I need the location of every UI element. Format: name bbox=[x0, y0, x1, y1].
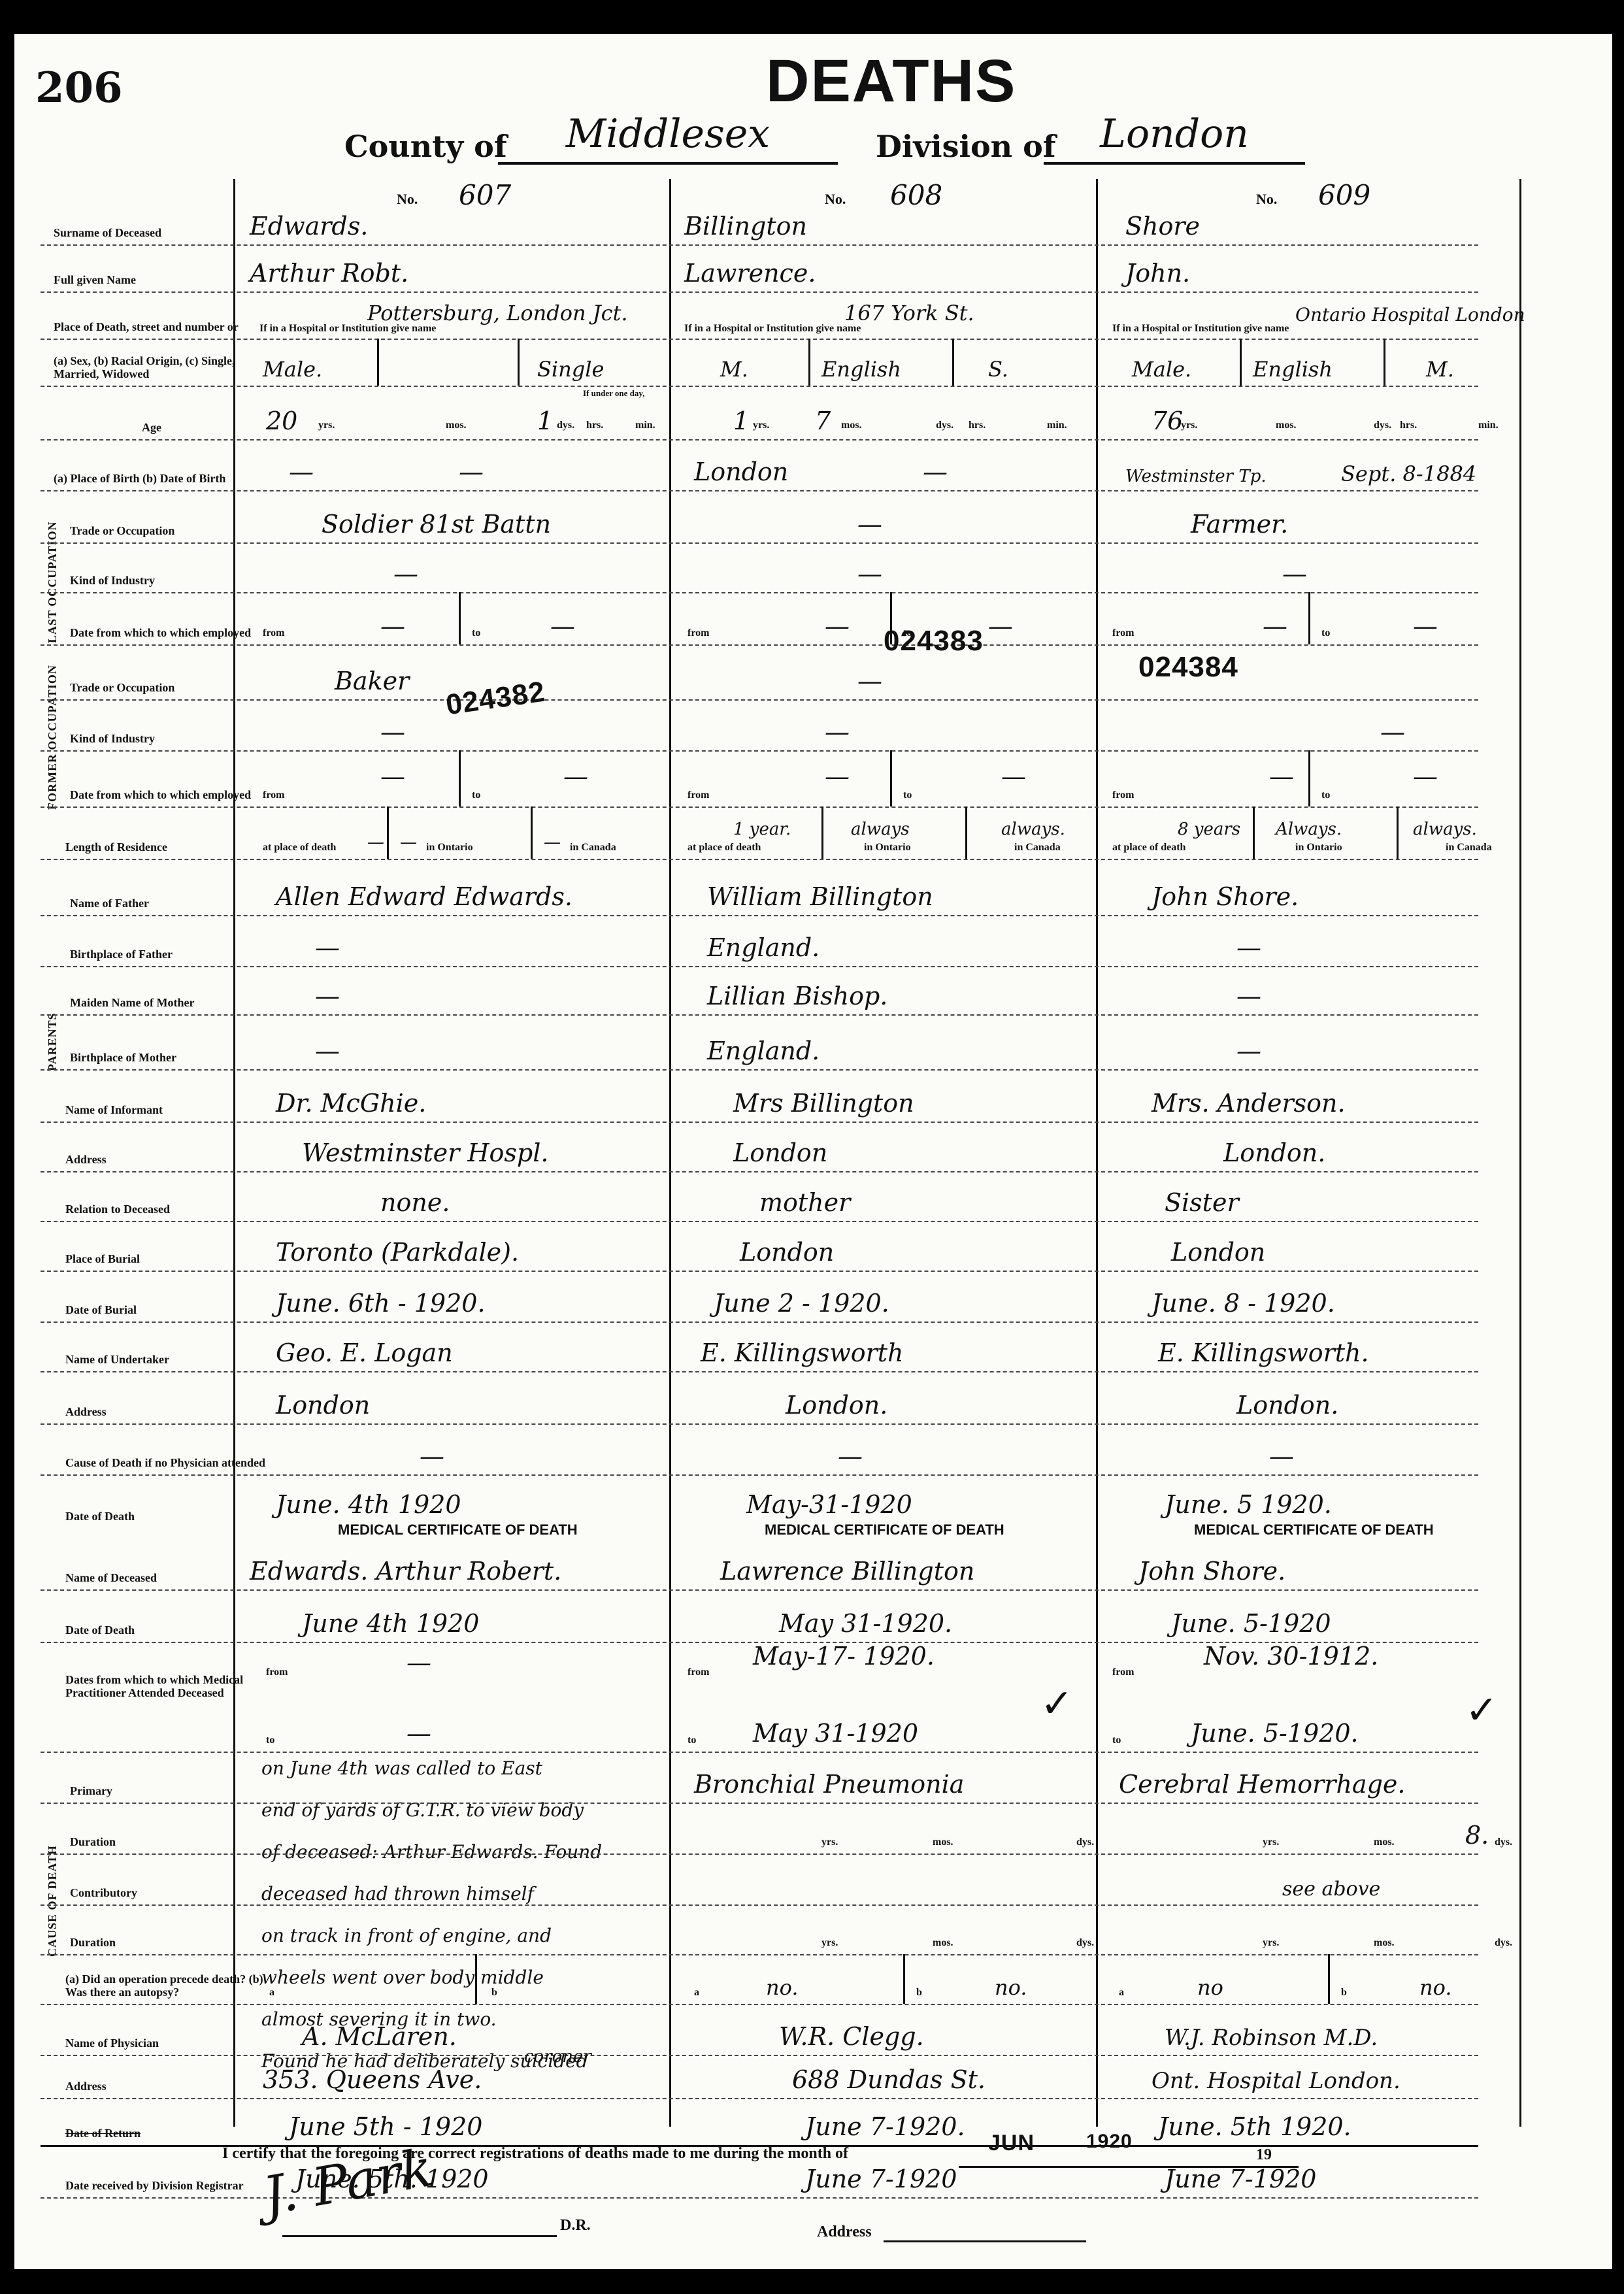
label-trade: Trade or Occupation bbox=[70, 524, 273, 537]
to-label: to bbox=[903, 790, 912, 801]
from-label: from bbox=[1112, 790, 1134, 801]
sex-607: Male. bbox=[263, 357, 322, 382]
checkmark-icon: ✓ bbox=[1465, 1687, 1498, 1733]
informant-address-607: Westminster Hospl. bbox=[302, 1139, 548, 1167]
unit-yrs: yrs. bbox=[318, 420, 335, 431]
physician-609: W.J. Robinson M.D. bbox=[1165, 2025, 1378, 2051]
division-label: Division of bbox=[876, 129, 1056, 164]
label-industry: Kind of Industry bbox=[70, 732, 273, 745]
row-cert-date: Date of Death June 4th 1920 May 31-1920.… bbox=[41, 1589, 1478, 1643]
cell-divider bbox=[518, 339, 520, 386]
physician-608: W.R. Clegg. bbox=[779, 2022, 924, 2051]
row-contributory: Contributory see above bbox=[41, 1853, 1478, 1906]
from-label: from bbox=[263, 790, 284, 801]
label-mother-maiden: Maiden Name of Mother bbox=[70, 996, 273, 1009]
option-a: a bbox=[1119, 1987, 1124, 1999]
cert-date-608: May 31-1920. bbox=[779, 1609, 952, 1638]
label-burial-date: Date of Burial bbox=[65, 1303, 268, 1316]
last-to-608: — bbox=[988, 612, 1013, 640]
last-industry-607: — bbox=[393, 559, 418, 588]
burial-place-608: London bbox=[740, 1238, 834, 1267]
row-contributory-duration: Duration yrs. mos. dys. yrs. mos. dys. bbox=[41, 1904, 1478, 1955]
label-industry: Kind of Industry bbox=[70, 574, 273, 587]
cell-divider bbox=[1308, 750, 1310, 806]
race-608: English bbox=[821, 357, 901, 382]
cell-divider bbox=[1384, 339, 1385, 386]
under-one-day-hint: If under one day, bbox=[583, 388, 644, 399]
unit-yrs: yrs. bbox=[821, 1837, 838, 1848]
row-mother-maiden: Maiden Name of Mother — Lillian Bishop. … bbox=[41, 966, 1478, 1016]
age-dys-607: 1 bbox=[537, 407, 553, 435]
age-yrs-607: 20 bbox=[266, 407, 297, 435]
age-mos-608: 7 bbox=[815, 407, 831, 435]
mother-birth-607: — bbox=[315, 1037, 340, 1065]
to-label: to bbox=[1321, 790, 1330, 801]
attended-from-608: May-17- 1920. bbox=[753, 1642, 935, 1671]
cell-divider bbox=[531, 806, 533, 859]
unit-min: min. bbox=[1047, 420, 1067, 431]
label-address: Address bbox=[65, 1153, 268, 1166]
former-trade-607: Baker bbox=[335, 667, 409, 695]
to-label: to bbox=[1112, 1735, 1121, 1746]
row-former-employed: Date from which to which employed from —… bbox=[41, 750, 1478, 808]
unit-mos: mos. bbox=[1276, 420, 1297, 431]
row-place-of-death: Place of Death, street and number or If … bbox=[41, 291, 1478, 340]
burial-place-607: Toronto (Parkdale). bbox=[276, 1238, 519, 1267]
attended-to-609: June. 5-1920. bbox=[1191, 1719, 1359, 1748]
undertaker-608: E. Killingsworth bbox=[701, 1338, 904, 1367]
medical-cert-heading: MEDICAL CERTIFICATE OF DEATH bbox=[765, 1521, 1004, 1538]
unit-hrs: hrs. bbox=[1400, 420, 1417, 431]
row-surname: Surname of Deceased Edwards. Billington … bbox=[41, 205, 1478, 246]
row-attended: Dates from which to which Medical Practi… bbox=[41, 1642, 1478, 1753]
in-canada-label: in Canada bbox=[1446, 842, 1492, 854]
cause-no-physician-607: — bbox=[420, 1442, 444, 1471]
row-primary: Primary Bronchial Pneumonia Cerebral Hem… bbox=[41, 1752, 1478, 1804]
operation-609: no bbox=[1197, 1975, 1223, 2000]
former-industry-609: — bbox=[1380, 718, 1405, 746]
status-608: S. bbox=[988, 357, 1008, 382]
father-607: Allen Edward Edwards. bbox=[276, 882, 572, 911]
return-date-607: June 5th - 1920 bbox=[289, 2112, 482, 2141]
unit-mos: mos. bbox=[1374, 1837, 1395, 1848]
former-from-607: — bbox=[380, 762, 405, 791]
row-undertaker: Name of Undertaker Geo. E. Logan E. Kill… bbox=[41, 1322, 1478, 1372]
unit-mos: mos. bbox=[933, 1937, 953, 1949]
label-operation: (a) Did an operation precede death? (b) … bbox=[65, 1972, 268, 1999]
last-trade-607: Soldier 81st Battn bbox=[322, 510, 551, 539]
from-label: from bbox=[688, 1667, 709, 1678]
physician-607: A. McLaren. bbox=[302, 2022, 457, 2051]
row-operation-autopsy: (a) Did an operation precede death? (b) … bbox=[41, 1954, 1478, 2005]
res-canada-607: — bbox=[544, 833, 561, 852]
signature-line bbox=[282, 2235, 557, 2237]
row-former-trade: Trade or Occupation Baker — bbox=[41, 644, 1478, 701]
given-name-608: Lawrence. bbox=[684, 259, 816, 288]
birth-date-607: — bbox=[459, 457, 484, 486]
year-stamp: 1920 bbox=[1086, 2131, 1133, 2153]
unit-mos: mos. bbox=[933, 1837, 953, 1848]
address-line bbox=[884, 2240, 1086, 2242]
label-burial-place: Place of Burial bbox=[65, 1252, 268, 1265]
row-return-date: Date of Return June 5th - 1920 June 7-19… bbox=[41, 2098, 1478, 2147]
label-name-deceased: Name of Deceased bbox=[65, 1571, 268, 1584]
cell-divider bbox=[1308, 592, 1310, 644]
address-label: Address bbox=[817, 2223, 872, 2241]
former-industry-607: — bbox=[380, 718, 405, 746]
unit-hrs: hrs. bbox=[586, 420, 603, 431]
unit-dys: dys. bbox=[1076, 1837, 1094, 1848]
label-given-name: Full given Name bbox=[54, 273, 256, 286]
row-informant-address: Address Westminster Hospl. London London… bbox=[41, 1122, 1478, 1172]
cause-no-physician-609: — bbox=[1269, 1442, 1294, 1471]
to-label: to bbox=[688, 1735, 696, 1746]
informant-608: Mrs Billington bbox=[733, 1089, 914, 1118]
last-to-609: — bbox=[1413, 612, 1438, 640]
informant-609: Mrs. Anderson. bbox=[1152, 1089, 1346, 1118]
father-birth-608: England. bbox=[707, 933, 820, 962]
hospital-hint: If in a Hospital or Institution give nam… bbox=[1112, 323, 1289, 335]
informant-address-609: London. bbox=[1223, 1139, 1325, 1167]
primary-duration-609: 8. bbox=[1465, 1821, 1489, 1850]
county-label: County of bbox=[344, 129, 507, 164]
option-a: a bbox=[269, 1987, 274, 1999]
unit-dys: dys. bbox=[1076, 1937, 1094, 1949]
age-yrs-609: 76 bbox=[1152, 407, 1183, 435]
label-age: Age bbox=[54, 421, 250, 434]
in-canada-label: in Canada bbox=[1014, 842, 1061, 854]
relation-609: Sister bbox=[1165, 1188, 1239, 1217]
res-canada-609: always. bbox=[1413, 820, 1477, 839]
cell-divider bbox=[1253, 806, 1255, 859]
date-of-death-607: June. 4th 1920 bbox=[276, 1490, 461, 1519]
last-trade-608: — bbox=[857, 510, 882, 539]
row-burial-date: Date of Burial June. 6th - 1920. June 2 … bbox=[41, 1271, 1478, 1323]
informant-607: Dr. McGhie. bbox=[276, 1089, 426, 1118]
mother-maiden-607: — bbox=[315, 982, 340, 1010]
unit-yrs: yrs. bbox=[1263, 1837, 1279, 1848]
death-register-page: 206 DEATHS County of Middlesex Division … bbox=[14, 34, 1612, 2269]
row-given-name: Full given Name Arthur Robt. Lawrence. J… bbox=[41, 244, 1478, 293]
contributory-609: see above bbox=[1282, 1878, 1380, 1901]
stamp-608: 024383 bbox=[884, 625, 984, 657]
date-of-death-608: May-31-1920 bbox=[746, 1490, 912, 1519]
unit-dys: dys. bbox=[1495, 1937, 1512, 1949]
place-of-death-609: Ontario Hospital London bbox=[1295, 304, 1525, 325]
label-birth: (a) Place of Birth (b) Date of Birth bbox=[54, 472, 256, 485]
mother-maiden-609: — bbox=[1236, 982, 1261, 1010]
attended-from-609: Nov. 30-1912. bbox=[1204, 1642, 1378, 1671]
given-name-607: Arthur Robt. bbox=[250, 259, 408, 288]
unit-dys: dys. bbox=[557, 420, 574, 431]
option-b: b bbox=[491, 1987, 497, 1999]
label-address: Address bbox=[65, 2080, 268, 2093]
undertaker-address-607: London bbox=[276, 1391, 370, 1420]
surname-608: Billington bbox=[684, 212, 807, 241]
label-father-birth: Birthplace of Father bbox=[70, 948, 273, 961]
primary-cause-608: Bronchial Pneumonia bbox=[694, 1770, 964, 1799]
stamp-609: 024384 bbox=[1138, 651, 1238, 684]
unit-yrs: yrs. bbox=[1263, 1937, 1279, 1949]
row-residence: Length of Residence at place of death — … bbox=[41, 806, 1478, 860]
unit-mos: mos. bbox=[1374, 1937, 1395, 1949]
birth-place-607: — bbox=[289, 457, 314, 486]
informant-address-608: London bbox=[733, 1139, 827, 1167]
cell-divider bbox=[808, 339, 810, 386]
race-609: English bbox=[1253, 357, 1333, 382]
label-duration: Duration bbox=[70, 1936, 273, 1949]
cert-name-607: Edwards. Arthur Robert. bbox=[250, 1557, 561, 1586]
former-industry-608: — bbox=[825, 718, 850, 746]
res-ontario-609: Always. bbox=[1276, 820, 1342, 839]
unit-yrs: yrs. bbox=[1181, 420, 1197, 431]
autopsy-608: no. bbox=[995, 1975, 1027, 2000]
unit-min: min. bbox=[635, 420, 655, 431]
operation-608: no. bbox=[766, 1975, 798, 2000]
last-from-608: — bbox=[825, 612, 850, 640]
attended-to-608: May 31-1920 bbox=[753, 1719, 918, 1748]
from-label: from bbox=[1112, 627, 1134, 639]
label-date-of-death: Date of Death bbox=[65, 1510, 268, 1523]
label-contributory: Contributory bbox=[70, 1886, 273, 1899]
cell-divider bbox=[387, 806, 389, 859]
res-ontario-607: — bbox=[400, 833, 417, 852]
label-primary: Primary bbox=[70, 1784, 273, 1797]
month-stamp: JUN bbox=[988, 2131, 1035, 2156]
father-birth-607: — bbox=[315, 933, 340, 962]
res-place-607: — bbox=[367, 833, 384, 852]
undertaker-address-608: London. bbox=[786, 1391, 887, 1420]
burial-date-609: June. 8 - 1920. bbox=[1152, 1289, 1335, 1318]
place-of-death-608: 167 York St. bbox=[844, 301, 974, 325]
month-line bbox=[959, 2166, 1299, 2168]
row-father: Name of Father Allen Edward Edwards. Wil… bbox=[41, 859, 1478, 916]
page-number: 206 bbox=[35, 63, 123, 112]
to-label: to bbox=[1321, 627, 1330, 639]
father-609: John Shore. bbox=[1152, 882, 1299, 911]
from-label: from bbox=[266, 1667, 288, 1678]
primary-cause-609: Cerebral Hemorrhage. bbox=[1119, 1770, 1405, 1799]
relation-607: none. bbox=[380, 1188, 450, 1217]
hospital-hint: If in a Hospital or Institution give nam… bbox=[684, 323, 861, 335]
mother-birth-609: — bbox=[1236, 1037, 1261, 1065]
cell-divider bbox=[821, 806, 823, 859]
to-label: to bbox=[472, 790, 480, 801]
cell-divider bbox=[459, 592, 461, 644]
cell-divider bbox=[952, 339, 954, 386]
in-ontario-label: in Ontario bbox=[864, 842, 911, 854]
option-a: a bbox=[694, 1987, 699, 1999]
cell-divider bbox=[1328, 1954, 1330, 2004]
former-to-609: — bbox=[1413, 762, 1438, 791]
former-trade-608: — bbox=[857, 667, 882, 695]
last-to-607: — bbox=[550, 612, 575, 640]
label-physician: Name of Physician bbox=[65, 2036, 268, 2050]
physician-address-608: 688 Dundas St. bbox=[792, 2065, 986, 2094]
undertaker-607: Geo. E. Logan bbox=[276, 1338, 453, 1367]
label-received: Date received by Division Registrar bbox=[65, 2179, 268, 2192]
row-last-trade: Trade or Occupation Soldier 81st Battn —… bbox=[41, 490, 1478, 544]
place-of-death-607: Pottersburg, London Jct. bbox=[367, 301, 628, 325]
row-physician: Name of Physician A. McLaren. coroner W.… bbox=[41, 2004, 1478, 2056]
in-ontario-label: in Ontario bbox=[426, 842, 473, 854]
at-place-label: at place of death bbox=[1112, 842, 1185, 854]
date-of-death-609: June. 5 1920. bbox=[1165, 1490, 1332, 1519]
attended-to-607: — bbox=[406, 1719, 431, 1748]
row-relation: Relation to Deceased none. mother Sister bbox=[41, 1171, 1478, 1222]
row-father-birth: Birthplace of Father — England. — bbox=[41, 915, 1478, 967]
cell-divider bbox=[890, 750, 892, 806]
page-title: DEATHS bbox=[766, 47, 1016, 116]
label-residence: Length of Residence bbox=[65, 840, 268, 854]
label-cause-no-physician: Cause of Death if no Physician attended bbox=[65, 1456, 268, 1469]
label-employed: Date from which to which employed bbox=[70, 788, 273, 801]
status-609: M. bbox=[1426, 357, 1454, 382]
undertaker-address-609: London. bbox=[1236, 1391, 1338, 1420]
cell-divider bbox=[377, 339, 379, 386]
former-from-608: — bbox=[825, 762, 850, 791]
cell-divider bbox=[1240, 339, 1242, 386]
cert-date-609: June. 5-1920 bbox=[1171, 1609, 1331, 1638]
burial-place-609: London bbox=[1171, 1238, 1265, 1267]
last-from-607: — bbox=[380, 612, 405, 640]
received-608: June 7-1920 bbox=[805, 2165, 957, 2193]
register-grid: No. 607 No. 608 No. 609 Surname of Decea… bbox=[41, 179, 1478, 2192]
last-industry-608: — bbox=[857, 559, 882, 588]
return-date-608: June 7-1920. bbox=[805, 2112, 965, 2141]
burial-date-608: June 2 - 1920. bbox=[714, 1289, 889, 1318]
last-from-609: — bbox=[1263, 612, 1287, 640]
label-father: Name of Father bbox=[70, 897, 273, 910]
year-suffix: 19 bbox=[1256, 2146, 1272, 2164]
label-return-date: Date of Return bbox=[65, 2127, 268, 2140]
cell-divider bbox=[903, 1954, 905, 2004]
unit-yrs: yrs. bbox=[821, 1937, 838, 1949]
former-from-609: — bbox=[1269, 762, 1294, 791]
unit-hrs: hrs. bbox=[969, 420, 986, 431]
at-place-label: at place of death bbox=[263, 842, 336, 854]
from-label: from bbox=[688, 790, 709, 801]
checkmark-icon: ✓ bbox=[1040, 1681, 1073, 1727]
cell-divider bbox=[965, 806, 967, 859]
label-mother-birth: Birthplace of Mother bbox=[70, 1051, 273, 1064]
row-last-employed: Date from which to which employed from —… bbox=[41, 592, 1478, 646]
row-birth: (a) Place of Birth (b) Date of Birth — —… bbox=[41, 439, 1478, 491]
cell-divider bbox=[459, 750, 461, 806]
label-informant: Name of Informant bbox=[65, 1103, 268, 1116]
surname-609: Shore bbox=[1125, 212, 1200, 241]
return-date-609: June. 5th 1920. bbox=[1158, 2112, 1351, 2141]
row-primary-duration: Duration yrs. mos. dys. yrs. mos. 8. dys… bbox=[41, 1803, 1478, 1855]
row-date-of-death: Date of Death June. 4th 1920 May-31-1920… bbox=[41, 1474, 1478, 1528]
last-trade-609: Farmer. bbox=[1191, 510, 1288, 539]
row-informant: Name of Informant Dr. McGhie. Mrs Billin… bbox=[41, 1069, 1478, 1123]
to-label: to bbox=[266, 1735, 274, 1746]
from-label: from bbox=[263, 627, 284, 639]
medical-cert-heading: MEDICAL CERTIFICATE OF DEATH bbox=[1194, 1521, 1434, 1538]
label-attended: Dates from which to which Medical Practi… bbox=[65, 1673, 268, 1699]
received-609: June 7-1920 bbox=[1165, 2165, 1316, 2193]
mother-maiden-608: Lillian Bishop. bbox=[707, 982, 887, 1010]
res-place-609: 8 years bbox=[1178, 820, 1240, 839]
autopsy-609: no. bbox=[1419, 1975, 1451, 2000]
surname-607: Edwards. bbox=[250, 212, 368, 241]
cert-name-609: John Shore. bbox=[1138, 1557, 1285, 1586]
label-date-of-death: Date of Death bbox=[65, 1623, 268, 1637]
cause-no-physician-608: — bbox=[838, 1442, 863, 1471]
from-label: from bbox=[688, 627, 709, 639]
sex-609: Male. bbox=[1132, 357, 1191, 382]
given-name-609: John. bbox=[1125, 259, 1190, 288]
label-place-of-death: Place of Death, street and number or bbox=[54, 320, 256, 333]
status-607: Single bbox=[537, 357, 604, 382]
label-trade: Trade or Occupation bbox=[70, 681, 273, 694]
unit-min: min. bbox=[1478, 420, 1499, 431]
unit-yrs: yrs. bbox=[753, 420, 769, 431]
at-place-label: at place of death bbox=[688, 842, 761, 854]
label-surname: Surname of Deceased bbox=[54, 226, 256, 239]
former-to-607: — bbox=[563, 762, 588, 791]
unit-mos: mos. bbox=[446, 420, 467, 431]
division-value: London bbox=[1044, 111, 1305, 165]
label-relation: Relation to Deceased bbox=[65, 1203, 268, 1216]
row-physician-address: Address 353. Queens Ave. 688 Dundas St. … bbox=[41, 2055, 1478, 2099]
res-place-608: 1 year. bbox=[733, 820, 791, 839]
label-duration: Duration bbox=[70, 1835, 273, 1848]
cell-divider bbox=[1397, 806, 1399, 859]
cert-name-608: Lawrence Billington bbox=[720, 1557, 974, 1586]
cert-date-607: June 4th 1920 bbox=[302, 1609, 479, 1638]
row-mother-birth: Birthplace of Mother — England. — bbox=[41, 1014, 1478, 1071]
unit-dys: dys. bbox=[936, 420, 953, 431]
option-b: b bbox=[916, 1987, 922, 1999]
burial-date-607: June. 6th - 1920. bbox=[276, 1289, 486, 1318]
row-age: Age 20 yrs. mos. 1 dys. If under one day… bbox=[41, 386, 1478, 441]
row-last-industry: Kind of Industry — — — bbox=[41, 542, 1478, 593]
unit-mos: mos. bbox=[841, 420, 862, 431]
birth-place-608: London bbox=[694, 457, 788, 486]
medical-cert-heading: MEDICAL CERTIFICATE OF DEATH bbox=[338, 1521, 578, 1538]
sex-608: M. bbox=[720, 357, 748, 382]
res-ontario-608: always bbox=[851, 820, 910, 839]
last-industry-609: — bbox=[1282, 559, 1307, 588]
relation-608: mother bbox=[759, 1188, 850, 1217]
row-former-industry: Kind of Industry — — — bbox=[41, 699, 1478, 752]
row-burial-place: Place of Burial Toronto (Parkdale). Lond… bbox=[41, 1221, 1478, 1272]
row-sex-race-status: (a) Sex, (b) Racial Origin, (c) Single, … bbox=[41, 339, 1478, 387]
column-divider bbox=[1519, 179, 1521, 2127]
unit-dys: dys. bbox=[1495, 1837, 1512, 1848]
father-608: William Billington bbox=[707, 882, 933, 911]
row-undertaker-address: Address London London. London. bbox=[41, 1371, 1478, 1425]
age-yrs-608: 1 bbox=[733, 407, 749, 435]
physician-address-607: 353. Queens Ave. bbox=[263, 2065, 482, 2094]
from-label: from bbox=[1112, 1667, 1134, 1678]
birth-date-609: Sept. 8-1884 bbox=[1341, 461, 1476, 486]
cell-divider bbox=[475, 1954, 477, 2004]
row-cert-name: Name of Deceased Edwards. Arthur Robert.… bbox=[41, 1541, 1478, 1591]
label-sex-race-status: (a) Sex, (b) Racial Origin, (c) Single, … bbox=[54, 354, 256, 380]
in-ontario-label: in Ontario bbox=[1295, 842, 1342, 854]
label-undertaker: Name of Undertaker bbox=[65, 1353, 268, 1366]
option-b: b bbox=[1341, 1987, 1347, 1999]
attended-from-607: — bbox=[406, 1648, 431, 1677]
physician-address-609: Ont. Hospital London. bbox=[1152, 2068, 1400, 2094]
label-address: Address bbox=[65, 1405, 268, 1418]
father-birth-609: — bbox=[1236, 933, 1261, 962]
birth-place-609: Westminster Tp. bbox=[1125, 467, 1267, 486]
in-canada-label: in Canada bbox=[570, 842, 616, 854]
